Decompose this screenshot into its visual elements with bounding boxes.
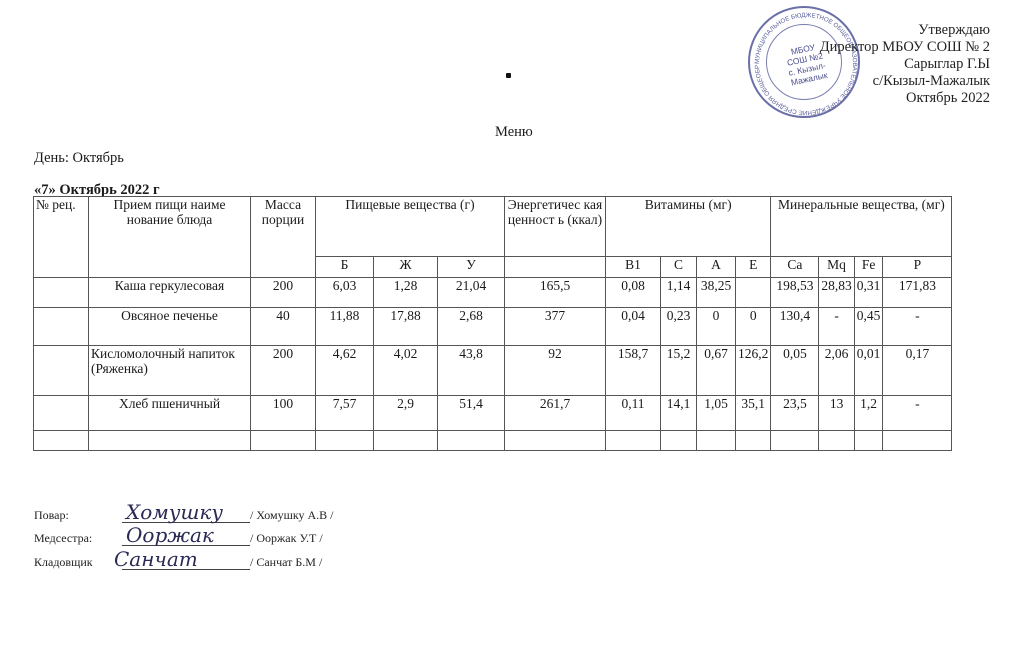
cell-b1: 0,04 bbox=[606, 308, 661, 346]
cell-name: Каша геркулесовая bbox=[89, 278, 251, 308]
subheader-mg: Mq bbox=[819, 257, 854, 278]
cell-ca: 23,5 bbox=[771, 396, 819, 431]
signature-role: Повар: bbox=[34, 508, 122, 523]
header-meal-name: Прием пищи наиме нование блюда bbox=[89, 197, 251, 278]
cell-ca: 0,05 bbox=[771, 346, 819, 396]
header-energy: Энергетичес кая ценност ь (ккал) bbox=[505, 197, 606, 257]
cell-p: - bbox=[883, 396, 952, 431]
approval-line: Директор МБОУ СОШ № 2 bbox=[820, 39, 990, 56]
signature-name: / Хомушку А.В / bbox=[250, 508, 334, 522]
cell-p: 0,17 bbox=[883, 346, 952, 396]
signature-role: Медсестра: bbox=[34, 531, 122, 546]
cell-energy: 165,5 bbox=[505, 278, 606, 308]
cell-no bbox=[34, 308, 89, 346]
cell-b1 bbox=[606, 431, 661, 451]
subheader-ca: Ca bbox=[771, 257, 819, 278]
subheader-u: У bbox=[438, 257, 505, 278]
cell-e bbox=[736, 278, 771, 308]
subheader-b: Б bbox=[316, 257, 374, 278]
approval-line: с/Кызыл-Мажалык bbox=[820, 73, 990, 90]
approval-block: Утверждаю Директор МБОУ СОШ № 2 Сарыглар… bbox=[820, 22, 990, 107]
cell-e: 0 bbox=[736, 308, 771, 346]
subheader-energy-blank bbox=[505, 257, 606, 278]
cell-c bbox=[661, 431, 697, 451]
signature-name: / Ооржак У.Т / bbox=[250, 531, 323, 545]
cell-fe: 0,45 bbox=[854, 308, 883, 346]
signature-role: Кладовщик bbox=[34, 555, 122, 570]
cell-zh bbox=[374, 431, 438, 451]
table-row bbox=[34, 431, 952, 451]
approval-line: Октябрь 2022 bbox=[820, 90, 990, 107]
table-body: Каша геркулесовая2006,031,2821,04165,50,… bbox=[34, 278, 952, 451]
cell-energy: 261,7 bbox=[505, 396, 606, 431]
subheader-p: P bbox=[883, 257, 952, 278]
cell-b1: 158,7 bbox=[606, 346, 661, 396]
cell-b bbox=[316, 431, 374, 451]
cell-u: 43,8 bbox=[438, 346, 505, 396]
cell-mass: 40 bbox=[251, 308, 316, 346]
cell-u bbox=[438, 431, 505, 451]
cell-mass: 200 bbox=[251, 278, 316, 308]
cell-name: Хлеб пшеничный bbox=[89, 396, 251, 431]
cell-a: 1,05 bbox=[697, 396, 736, 431]
cell-name: Кисломолочный напиток (Ряженка) bbox=[89, 346, 251, 396]
cell-c: 1,14 bbox=[661, 278, 697, 308]
subheader-c: C bbox=[661, 257, 697, 278]
signature-line: Хомушку bbox=[122, 508, 250, 523]
cell-zh: 1,28 bbox=[374, 278, 438, 308]
header-vitamins: Витамины (мг) bbox=[606, 197, 771, 257]
cell-u: 51,4 bbox=[438, 396, 505, 431]
cell-zh: 2,9 bbox=[374, 396, 438, 431]
cell-c: 14,1 bbox=[661, 396, 697, 431]
header-nutrients: Пищевые вещества (г) bbox=[316, 197, 505, 257]
cell-ca: 198,53 bbox=[771, 278, 819, 308]
cell-a: 0 bbox=[697, 308, 736, 346]
cell-no bbox=[34, 346, 89, 396]
cell-b1: 0,08 bbox=[606, 278, 661, 308]
cell-e: 35,1 bbox=[736, 396, 771, 431]
cell-zh: 17,88 bbox=[374, 308, 438, 346]
cell-p bbox=[883, 431, 952, 451]
cell-e: 126,2 bbox=[736, 346, 771, 396]
cell-b: 11,88 bbox=[316, 308, 374, 346]
cell-fe: 0,31 bbox=[854, 278, 883, 308]
approval-line: Сарыглар Г.Ы bbox=[820, 56, 990, 73]
subheader-b1: B1 bbox=[606, 257, 661, 278]
signature-line: Ооржак bbox=[122, 531, 250, 546]
cell-no bbox=[34, 396, 89, 431]
signature-row-storekeeper: КладовщикСанчат/ Санчат Б.М / bbox=[34, 555, 322, 570]
subheader-zh: Ж bbox=[374, 257, 438, 278]
table-row: Хлеб пшеничный1007,572,951,4261,70,1114,… bbox=[34, 396, 952, 431]
cell-mg bbox=[819, 431, 854, 451]
cell-mg: - bbox=[819, 308, 854, 346]
cell-name bbox=[89, 431, 251, 451]
cell-a: 38,25 bbox=[697, 278, 736, 308]
cell-mass bbox=[251, 431, 316, 451]
signature-line: Санчат bbox=[122, 555, 250, 570]
cell-fe bbox=[854, 431, 883, 451]
cell-b: 6,03 bbox=[316, 278, 374, 308]
cell-fe: 0,01 bbox=[854, 346, 883, 396]
handwritten-signature: Хомушку bbox=[126, 500, 223, 524]
header-recipe-no: № рец. bbox=[34, 197, 89, 278]
header-portion: Масса порции bbox=[251, 197, 316, 278]
cell-zh: 4,02 bbox=[374, 346, 438, 396]
cell-u: 21,04 bbox=[438, 278, 505, 308]
cell-mg: 2,06 bbox=[819, 346, 854, 396]
approval-line: Утверждаю bbox=[820, 22, 990, 39]
cell-energy bbox=[505, 431, 606, 451]
cell-energy: 377 bbox=[505, 308, 606, 346]
subheader-e: E bbox=[736, 257, 771, 278]
cell-ca: 130,4 bbox=[771, 308, 819, 346]
cell-ca bbox=[771, 431, 819, 451]
day-label: День: Октябрь bbox=[34, 150, 124, 167]
handwritten-signature: Санчат bbox=[114, 547, 198, 571]
menu-table: № рец. Прием пищи наиме нование блюда Ма… bbox=[33, 196, 952, 451]
cell-p: 171,83 bbox=[883, 278, 952, 308]
cell-no bbox=[34, 431, 89, 451]
cell-c: 0,23 bbox=[661, 308, 697, 346]
cell-mass: 200 bbox=[251, 346, 316, 396]
stray-dot bbox=[506, 73, 511, 78]
cell-a: 0,67 bbox=[697, 346, 736, 396]
subheader-a: A bbox=[697, 257, 736, 278]
table-row: Кисломолочный напиток (Ряженка)2004,624,… bbox=[34, 346, 952, 396]
cell-no bbox=[34, 278, 89, 308]
cell-u: 2,68 bbox=[438, 308, 505, 346]
table-header-row: № рец. Прием пищи наиме нование блюда Ма… bbox=[34, 197, 952, 257]
table-row: Овсяное печенье4011,8817,882,683770,040,… bbox=[34, 308, 952, 346]
cell-e bbox=[736, 431, 771, 451]
cell-energy: 92 bbox=[505, 346, 606, 396]
signature-name: / Санчат Б.М / bbox=[250, 555, 322, 569]
handwritten-signature: Ооржак bbox=[126, 523, 214, 547]
cell-a bbox=[697, 431, 736, 451]
signature-row-cook: Повар:Хомушку/ Хомушку А.В / bbox=[34, 508, 334, 523]
signature-row-nurse: Медсестра:Ооржак/ Ооржак У.Т / bbox=[34, 531, 323, 546]
cell-b: 4,62 bbox=[316, 346, 374, 396]
cell-b: 7,57 bbox=[316, 396, 374, 431]
cell-mg: 13 bbox=[819, 396, 854, 431]
cell-b1: 0,11 bbox=[606, 396, 661, 431]
table-row: Каша геркулесовая2006,031,2821,04165,50,… bbox=[34, 278, 952, 308]
subheader-fe: Fe bbox=[854, 257, 883, 278]
cell-c: 15,2 bbox=[661, 346, 697, 396]
cell-mass: 100 bbox=[251, 396, 316, 431]
cell-mg: 28,83 bbox=[819, 278, 854, 308]
cell-fe: 1,2 bbox=[854, 396, 883, 431]
cell-name: Овсяное печенье bbox=[89, 308, 251, 346]
page-title: Меню bbox=[495, 124, 533, 141]
header-minerals: Минеральные вещества, (мг) bbox=[771, 197, 952, 257]
cell-p: - bbox=[883, 308, 952, 346]
